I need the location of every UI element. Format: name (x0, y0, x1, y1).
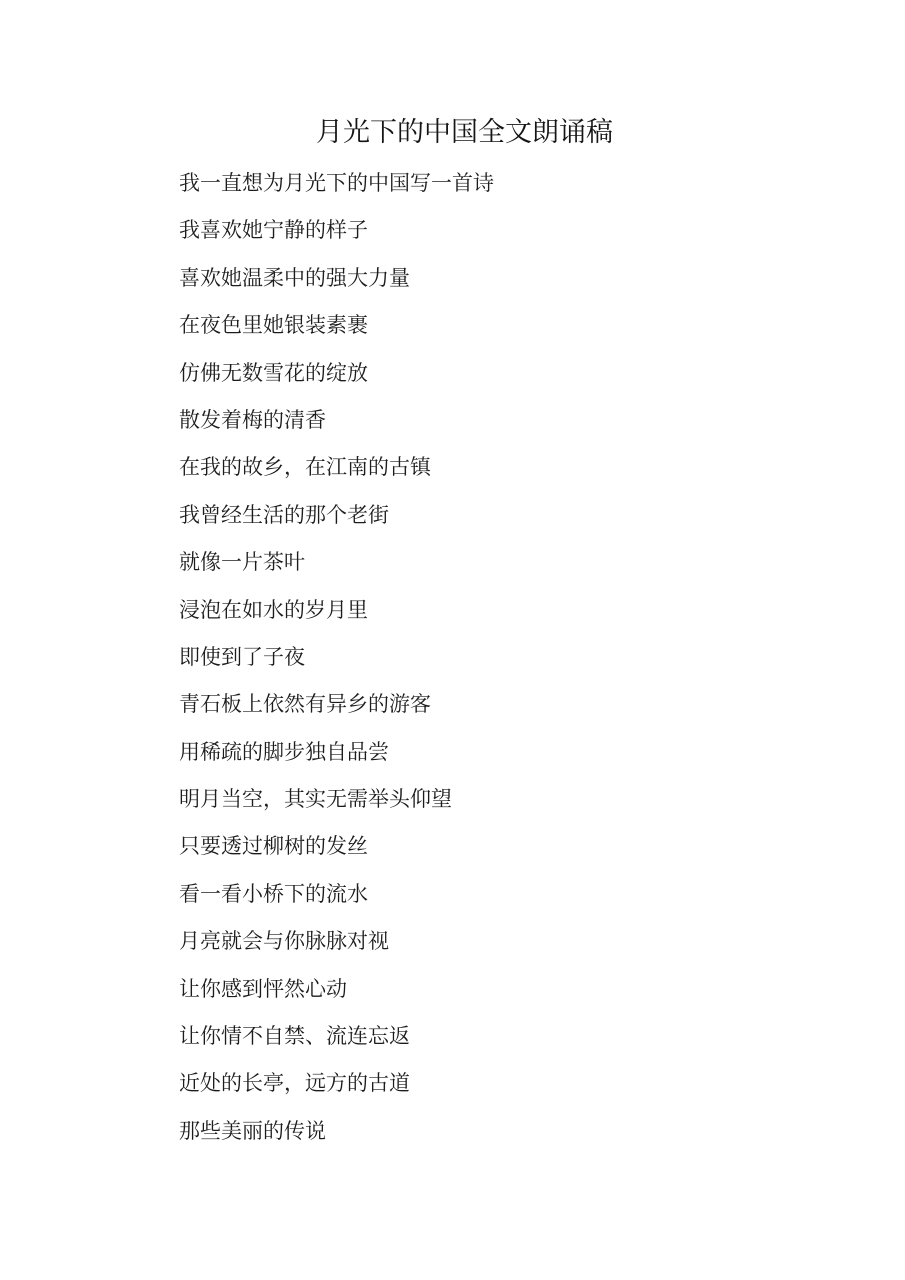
document-title: 月光下的中国全文朗诵稿 (316, 114, 613, 152)
poem-line: 我曾经生活的那个老街 (179, 498, 494, 545)
poem-line: 散发着梅的清香 (179, 403, 494, 450)
poem-line: 在我的故乡，在江南的古镇 (179, 450, 494, 497)
poem-line: 那些美丽的传说 (179, 1114, 494, 1161)
poem-line: 仿佛无数雪花的绽放 (179, 356, 494, 403)
document-page: 月光下的中国全文朗诵稿 我一直想为月光下的中国写一首诗 我喜欢她宁静的样子 喜欢… (0, 0, 905, 1280)
poem-line: 让你感到怦然心动 (179, 972, 494, 1019)
poem-line: 看一看小桥下的流水 (179, 877, 494, 924)
poem-line: 近处的长亭，远方的古道 (179, 1066, 494, 1113)
poem-line: 青石板上依然有异乡的游客 (179, 687, 494, 734)
poem-line: 浸泡在如水的岁月里 (179, 593, 494, 640)
poem-lines: 我一直想为月光下的中国写一首诗 我喜欢她宁静的样子 喜欢她温柔中的强大力量 在夜… (179, 166, 494, 1161)
poem-line: 明月当空，其实无需举头仰望 (179, 782, 494, 829)
poem-line: 在夜色里她银装素裹 (179, 308, 494, 355)
poem-line: 只要透过柳树的发丝 (179, 829, 494, 876)
poem-line: 就像一片茶叶 (179, 545, 494, 592)
poem-line: 用稀疏的脚步独自品尝 (179, 735, 494, 782)
poem-line: 我一直想为月光下的中国写一首诗 (179, 166, 494, 213)
poem-line: 喜欢她温柔中的强大力量 (179, 261, 494, 308)
poem-line: 我喜欢她宁静的样子 (179, 213, 494, 260)
poem-line: 月亮就会与你脉脉对视 (179, 924, 494, 971)
poem-line: 让你情不自禁、流连忘返 (179, 1019, 494, 1066)
poem-line: 即使到了子夜 (179, 640, 494, 687)
